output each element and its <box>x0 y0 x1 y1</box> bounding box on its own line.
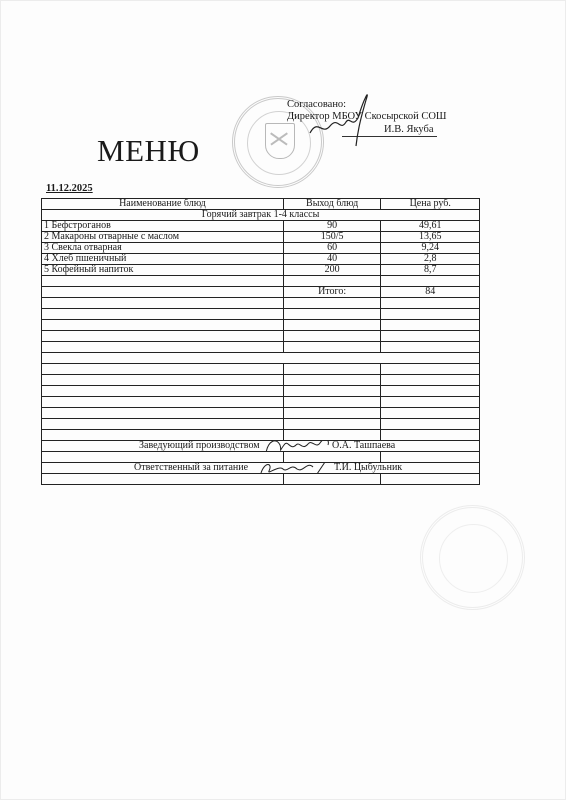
header-price: Цена руб. <box>381 199 480 210</box>
dish-name: 4 Хлеб пшеничный <box>42 254 284 265</box>
director-signature-icon <box>300 88 380 148</box>
dish-output: 150/5 <box>283 232 381 243</box>
dish-output: 200 <box>283 265 381 276</box>
empty-row <box>42 320 480 331</box>
dish-name: 2 Макароны отварные с маслом <box>42 232 284 243</box>
table-row: 3 Свекла отварная 60 9,24 <box>42 243 480 254</box>
dish-name: 1 Бефстроганов <box>42 221 284 232</box>
empty-row <box>42 342 480 353</box>
dish-price: 8,7 <box>381 265 480 276</box>
page-title: МЕНЮ <box>97 133 200 169</box>
header-dish-name: Наименование блюд <box>42 199 284 210</box>
total-row: Итого: 84 <box>42 287 480 298</box>
dish-price: 49,61 <box>381 221 480 232</box>
table-row: 5 Кофейный напиток 200 8,7 <box>42 265 480 276</box>
empty-row <box>42 452 480 463</box>
empty-row <box>42 474 480 485</box>
empty-row <box>42 364 480 375</box>
total-value: 84 <box>381 287 480 298</box>
dish-price: 13,65 <box>381 232 480 243</box>
menu-date: 11.12.2025 <box>46 183 93 194</box>
dish-output: 60 <box>283 243 381 254</box>
table-header-row: Наименование блюд Выход блюд Цена руб. <box>42 199 480 210</box>
total-label: Итого: <box>283 287 381 298</box>
empty-row <box>42 386 480 397</box>
empty-row <box>42 298 480 309</box>
signature-role: Ответственный за питание <box>134 463 248 473</box>
signature-row: Ответственный за питание Т.И. Цыбульник <box>42 463 480 474</box>
empty-row <box>42 331 480 342</box>
approval-signatory: И.В. Якуба <box>384 124 434 136</box>
empty-row <box>42 408 480 419</box>
section-title: Горячий завтрак 1-4 классы <box>42 210 480 221</box>
handwritten-signature-icon <box>262 441 334 452</box>
table-row: 4 Хлеб пшеничный 40 2,8 <box>42 254 480 265</box>
menu-table: Наименование блюд Выход блюд Цена руб. Г… <box>41 198 480 485</box>
signature-row: Заведующий производством О.А. Ташпаева <box>42 441 480 452</box>
dish-output: 40 <box>283 254 381 265</box>
dish-price: 2,8 <box>381 254 480 265</box>
header-output: Выход блюд <box>283 199 381 210</box>
section-row: Горячий завтрак 1-4 классы <box>42 210 480 221</box>
empty-row <box>42 419 480 430</box>
signature-name: Т.И. Цыбульник <box>334 463 402 473</box>
empty-merged-row <box>42 353 480 364</box>
faded-stamp-icon <box>420 505 525 610</box>
empty-row <box>42 375 480 386</box>
dish-name: 5 Кофейный напиток <box>42 265 284 276</box>
dish-output: 90 <box>283 221 381 232</box>
empty-row <box>42 276 480 287</box>
table-row: 2 Макароны отварные с маслом 150/5 13,65 <box>42 232 480 243</box>
signature-name: О.А. Ташпаева <box>332 441 395 451</box>
coat-of-arms-icon <box>265 123 295 159</box>
empty-row <box>42 430 480 441</box>
empty-row <box>42 309 480 320</box>
signature-role: Заведующий производством <box>139 441 260 451</box>
dish-price: 9,24 <box>381 243 480 254</box>
table-row: 1 Бефстроганов 90 49,61 <box>42 221 480 232</box>
empty-row <box>42 397 480 408</box>
handwritten-signature-icon <box>257 463 332 474</box>
dish-name: 3 Свекла отварная <box>42 243 284 254</box>
